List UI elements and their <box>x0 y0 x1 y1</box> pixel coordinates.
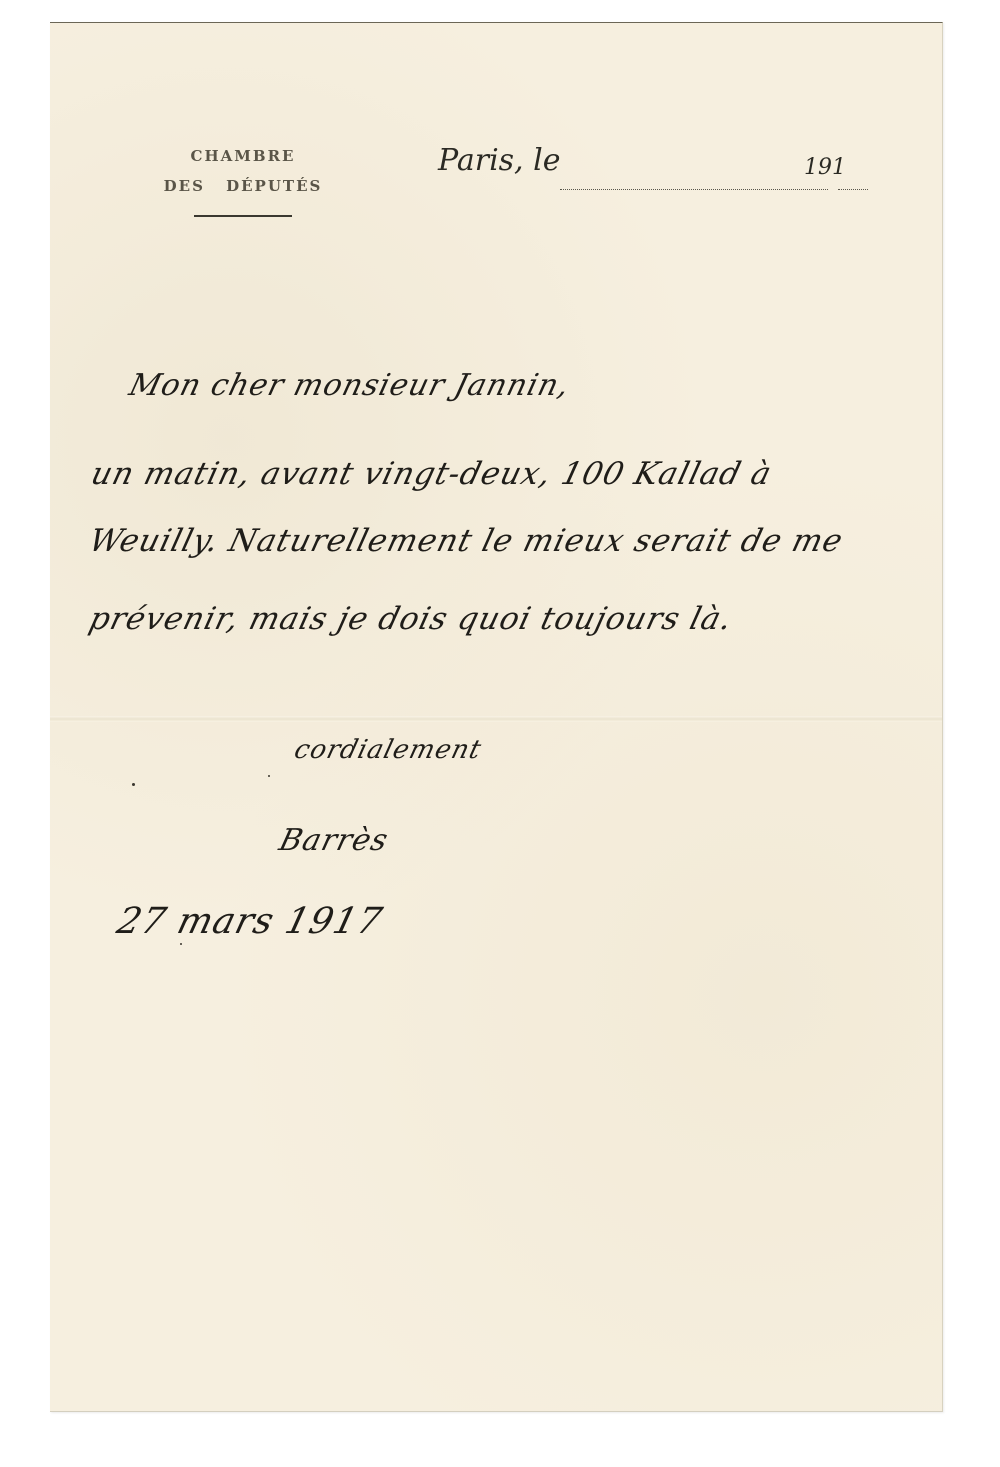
letter-body-line: Weuilly. Naturellement le mieux serait d… <box>86 523 848 559</box>
letterhead: CHAMBRE DES DÉPUTÉS <box>128 147 358 217</box>
dateline-year-prefix: 191 <box>804 155 846 180</box>
letter-salutation: Mon cher monsieur Jannin, <box>126 368 574 403</box>
letter-sheet: CHAMBRE DES DÉPUTÉS Paris, le 191 Mon ch… <box>50 22 943 1412</box>
letterhead-line-1: CHAMBRE <box>128 147 358 165</box>
dateline-dotted-line <box>560 189 828 190</box>
letterhead-line-2: DES DÉPUTÉS <box>128 177 358 195</box>
ink-speck <box>268 775 270 777</box>
letter-closing: cordialement <box>291 735 485 765</box>
letter-date: 27 mars 1917 <box>113 901 387 942</box>
letter-body-line: un matin, avant vingt-deux, 100 Kallad à <box>88 456 776 492</box>
ink-speck <box>132 783 135 786</box>
ink-speck <box>180 943 182 945</box>
dateline-place: Paris, le <box>438 143 560 178</box>
dateline-year-dotted-line <box>838 189 868 190</box>
printed-dateline: Paris, le 191 <box>438 141 868 201</box>
letter-signature: Barrès <box>276 823 392 858</box>
letterhead-rule <box>194 215 292 217</box>
letter-body-line: prévenir, mais je dois quoi toujours là. <box>86 601 737 637</box>
paper-fold-crease <box>50 716 942 722</box>
